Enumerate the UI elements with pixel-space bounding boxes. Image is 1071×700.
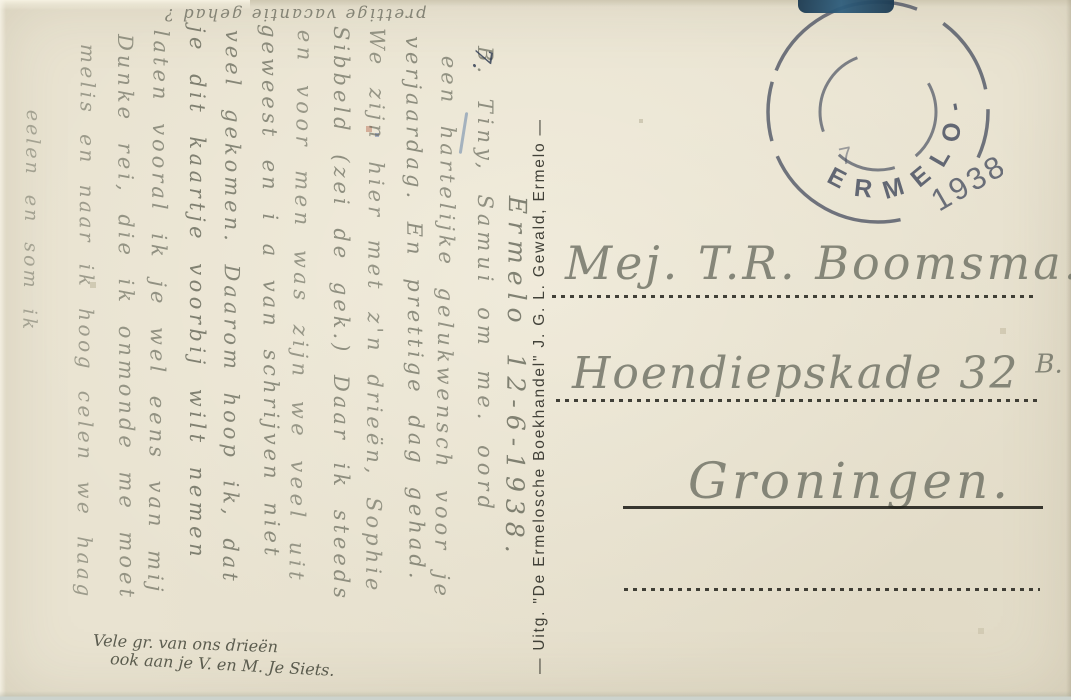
message-column: Ermelo 12-6-1938. bbox=[500, 196, 532, 560]
address-rule-1 bbox=[552, 295, 1038, 298]
message-column: We zijn hier met z'n drieën, Sophie bbox=[361, 28, 389, 595]
publisher-line: — Uitg. "De Ermelosche Boekhandel" J. G.… bbox=[531, 118, 549, 674]
address-city: Groningen. bbox=[688, 452, 1012, 510]
message-column: verjaardag. En prettige dag gehad. bbox=[401, 36, 429, 583]
address-rule-3 bbox=[623, 506, 1043, 509]
card-edge-left bbox=[0, 0, 6, 700]
address-rule-4 bbox=[624, 588, 1040, 591]
message-top-note: prettige vacantie gehad ? bbox=[163, 5, 427, 24]
message-column: je dit kaartje voorbij wilt nemen bbox=[185, 26, 209, 561]
card-edge-bottom bbox=[0, 691, 1071, 700]
postmark-stamp: ERMELO- 1938 7 bbox=[753, 0, 1003, 240]
address-street-suffix: B. bbox=[1035, 349, 1062, 379]
address-street-text: Hoendiepskade 32 bbox=[572, 348, 1019, 399]
stamp-remnant bbox=[798, 0, 894, 13]
message-column: een hartelijke gelukwensch voor je bbox=[429, 56, 461, 600]
message-column: en voor men was zijn we veel uit bbox=[284, 30, 317, 585]
address-name: Mej. T.R. Boomsma. bbox=[565, 236, 1071, 290]
address-rule-2 bbox=[556, 399, 1040, 402]
message-column: B. Tiny, Samui om me. oord bbox=[473, 46, 497, 514]
message-column: geweest en i a van schrijven niet bbox=[257, 24, 284, 559]
message-column: eelen en som ik bbox=[18, 110, 44, 333]
pencil-scribble: 7. bbox=[467, 46, 498, 73]
message-column: Dunke rei, die ik onmonde me moet bbox=[113, 34, 139, 601]
card-edge-right bbox=[1066, 0, 1071, 700]
message-column: Sibbeld (zei de gek.) Daar ik steeds bbox=[329, 26, 353, 602]
postcard-scan: Ermelo 12-6-1938.B. Tiny, Samui om me. o… bbox=[0, 0, 1071, 700]
message-column: laten vooral ik je wel eens van mij bbox=[143, 30, 173, 596]
message-column: melis en naar ik hoog celen we haag bbox=[72, 44, 100, 600]
blue-pencil-mark bbox=[459, 112, 469, 154]
paper-specks bbox=[0, 0, 2, 2]
address-street: Hoendiepskade 32 B. bbox=[572, 348, 1063, 399]
message-column: veel gekomen. Daarom hoop ik, dat bbox=[218, 30, 245, 585]
